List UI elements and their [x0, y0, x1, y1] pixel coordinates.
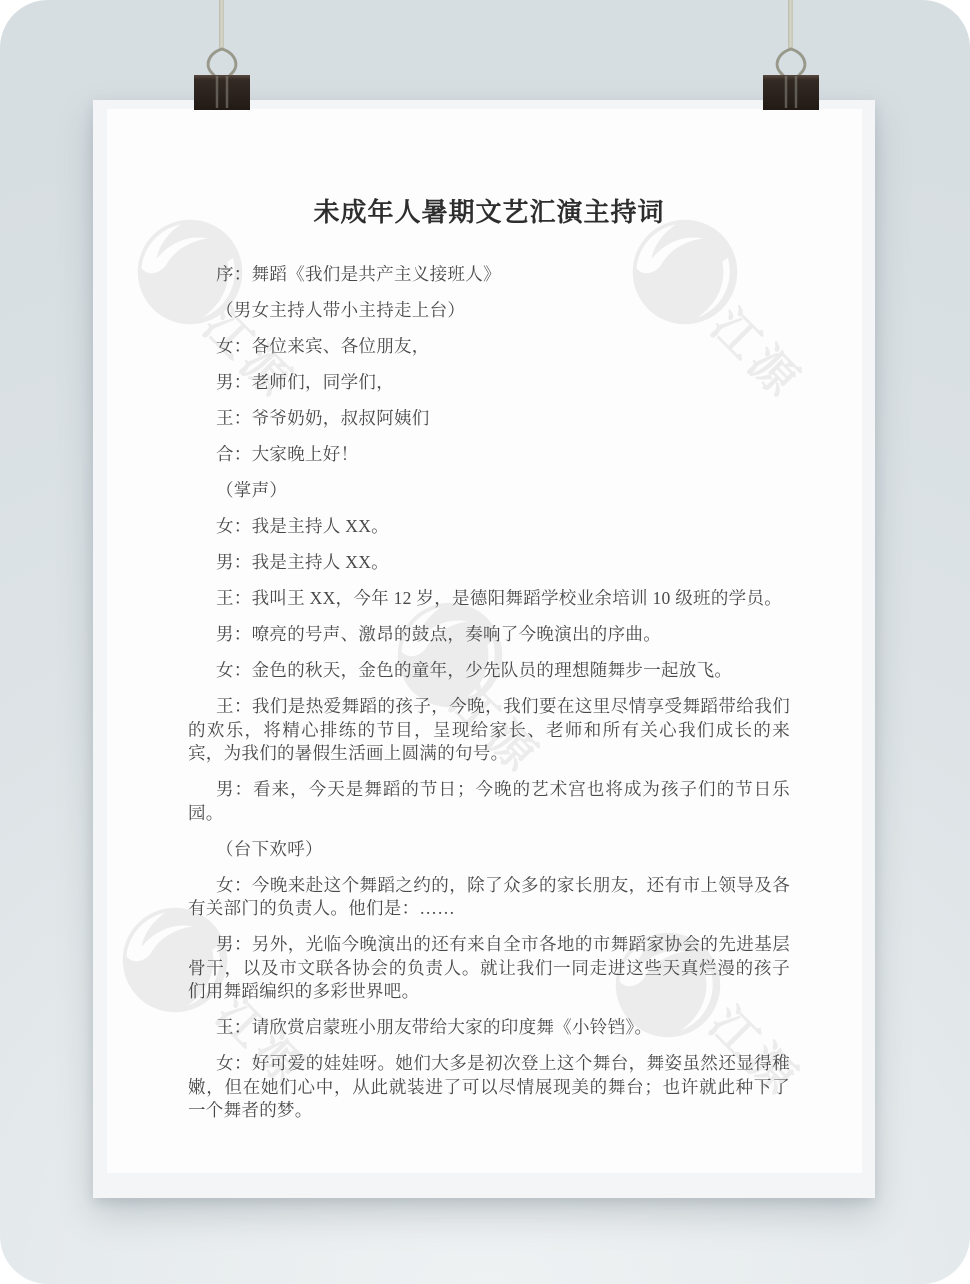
script-line: 王：请欣赏启蒙班小朋友带给大家的印度舞《小铃铛》。 [188, 1016, 790, 1040]
binder-clip-right [756, 46, 826, 116]
script-stage-direction: （掌声） [188, 479, 790, 503]
script-line: 男：我是主持人 XX。 [188, 551, 790, 575]
script-stage-direction: （男女主持人带小主持走上台） [188, 299, 790, 323]
script-line: 合：大家晚上好！ [188, 443, 790, 467]
script-line: 女：我是主持人 XX。 [188, 515, 790, 539]
script-line: 男：老师们，同学们， [188, 371, 790, 395]
script-stage-direction: （台下欢呼） [188, 838, 790, 862]
script-line: 王：爷爷奶奶，叔叔阿姨们 [188, 407, 790, 431]
script-line: 男：看来，今天是舞蹈的节日；今晚的艺术宫也将成为孩子们的节日乐园。 [188, 778, 790, 825]
hanging-string-left [219, 0, 224, 51]
hanging-string-right [788, 0, 793, 51]
script-line: 女：各位来宾、各位朋友， [188, 335, 790, 359]
script-line: 女：今晚来赴这个舞蹈之约的，除了众多的家长朋友，还有市上领导及各有关部门的负责人… [188, 874, 790, 921]
document-title: 未成年人暑期文艺汇演主持词 [188, 197, 790, 227]
binder-clip-left [187, 46, 257, 116]
script-line: 男：另外，光临今晚演出的还有来自全市各地的市舞蹈家协会的先进基层骨干，以及市文联… [188, 933, 790, 1004]
script-line: 王：我叫王 XX，今年 12 岁，是德阳舞蹈学校业余培训 10 级班的学员。 [188, 587, 790, 611]
document-body: 未成年人暑期文艺汇演主持词 序：舞蹈《我们是共产主义接班人》 （男女主持人带小主… [188, 197, 790, 1135]
script-line: 序：舞蹈《我们是共产主义接班人》 [188, 263, 790, 287]
script-line: 女：好可爱的娃娃呀。她们大多是初次登上这个舞台，舞姿虽然还显得稚嫩，但在她们心中… [188, 1052, 790, 1123]
script-line: 女：金色的秋天，金色的童年，少先队员的理想随舞步一起放飞。 [188, 659, 790, 683]
script-line: 男：嘹亮的号声、激昂的鼓点，奏响了今晚演出的序曲。 [188, 623, 790, 647]
paper-sheet: 江源 江源 江源 江源 江源 未成年人暑期文艺汇演主持词 序：舞蹈《我们是共产主… [107, 109, 862, 1173]
script-line: 王：我们是热爱舞蹈的孩子，今晚，我们要在这里尽情享受舞蹈带给我们的欢乐，将精心排… [188, 695, 790, 766]
